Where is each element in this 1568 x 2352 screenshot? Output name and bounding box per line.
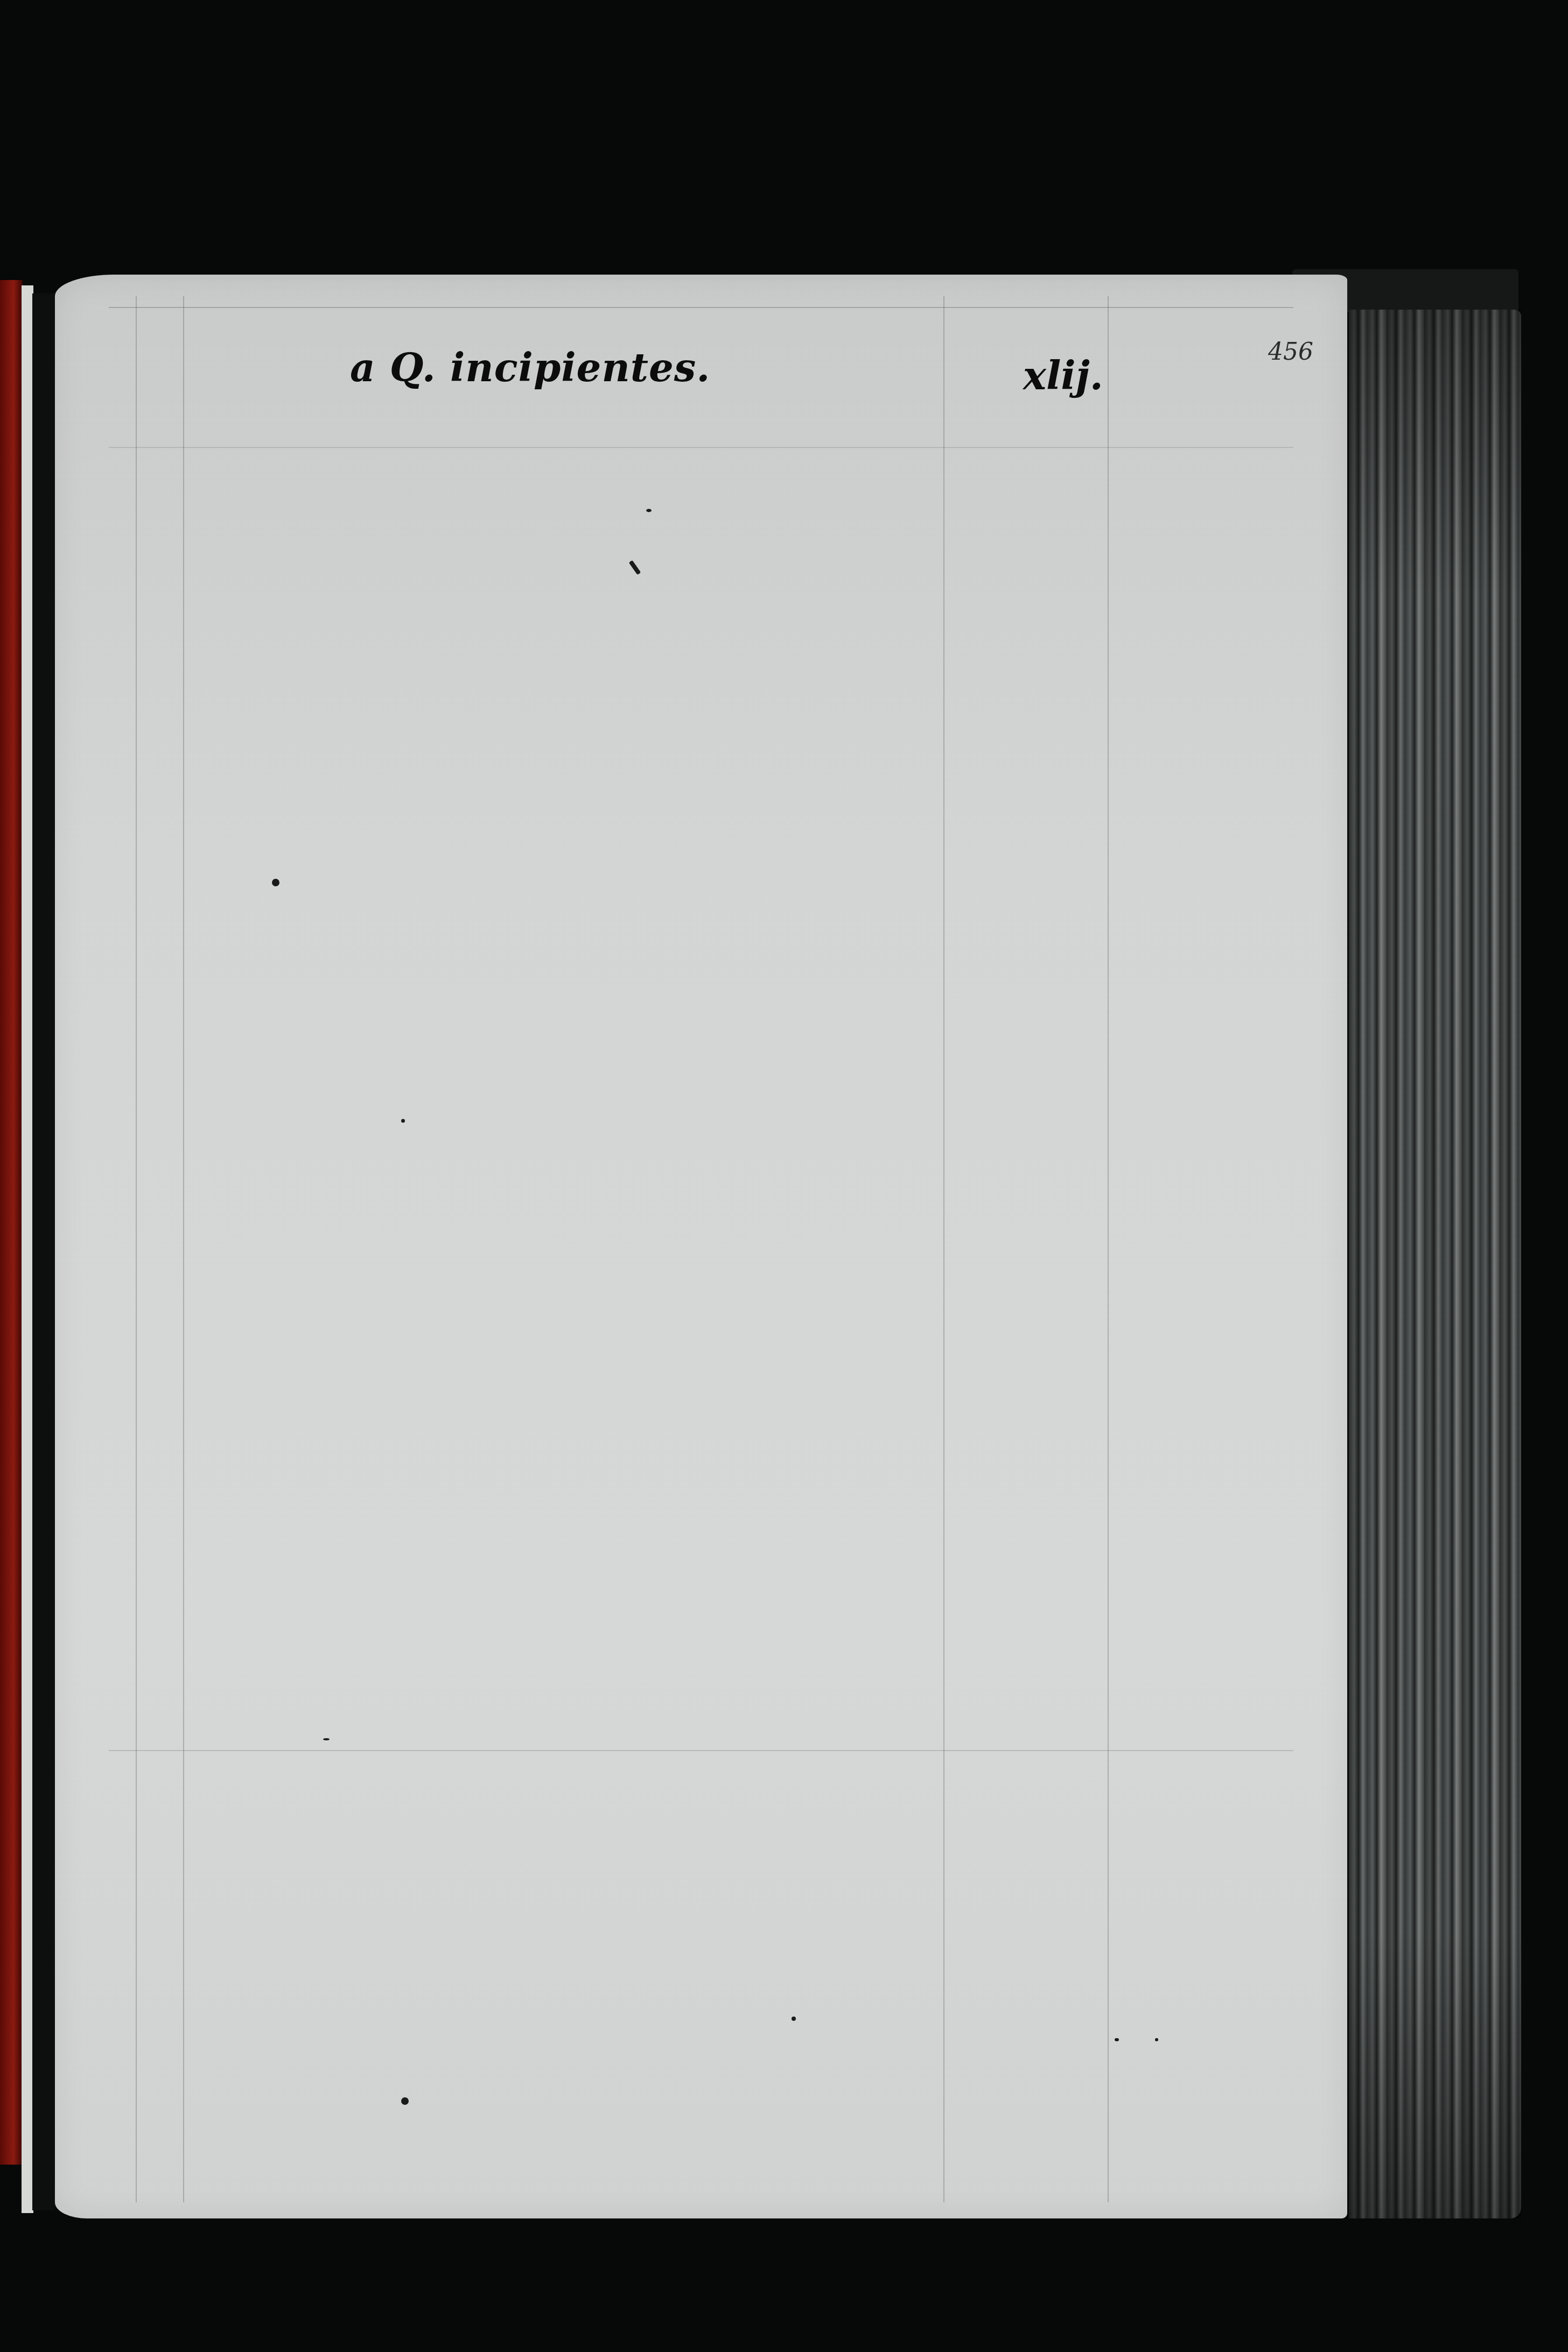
ruled-line-vertical (183, 296, 184, 2202)
ink-speck (792, 2017, 796, 2021)
ruled-line-horizontal (109, 307, 1293, 308)
handwritten-folio-number: 456 (1268, 338, 1313, 366)
ink-speck (646, 509, 652, 512)
binding-red-edge (0, 280, 23, 2165)
ink-speck (1155, 2038, 1158, 2041)
running-head-foliation: xlij. (1023, 353, 1103, 398)
facing-page-edge (22, 285, 33, 2213)
ink-speck (272, 879, 279, 886)
ink-speck (401, 2097, 409, 2105)
book-page (55, 275, 1347, 2218)
ruled-line-vertical (943, 296, 944, 2202)
ink-speck (323, 1738, 330, 1740)
ruled-line-horizontal (109, 1750, 1293, 1751)
ruled-line-vertical (136, 296, 137, 2202)
ink-speck (401, 1119, 405, 1123)
running-head-title: a Q. incipientes. (350, 345, 710, 390)
fore-edge-shading (1349, 310, 1521, 2218)
ruled-line-vertical (1108, 296, 1109, 2202)
gutter-shadow (32, 293, 55, 2210)
ruled-line-horizontal (109, 447, 1293, 448)
ink-speck (1115, 2038, 1119, 2041)
